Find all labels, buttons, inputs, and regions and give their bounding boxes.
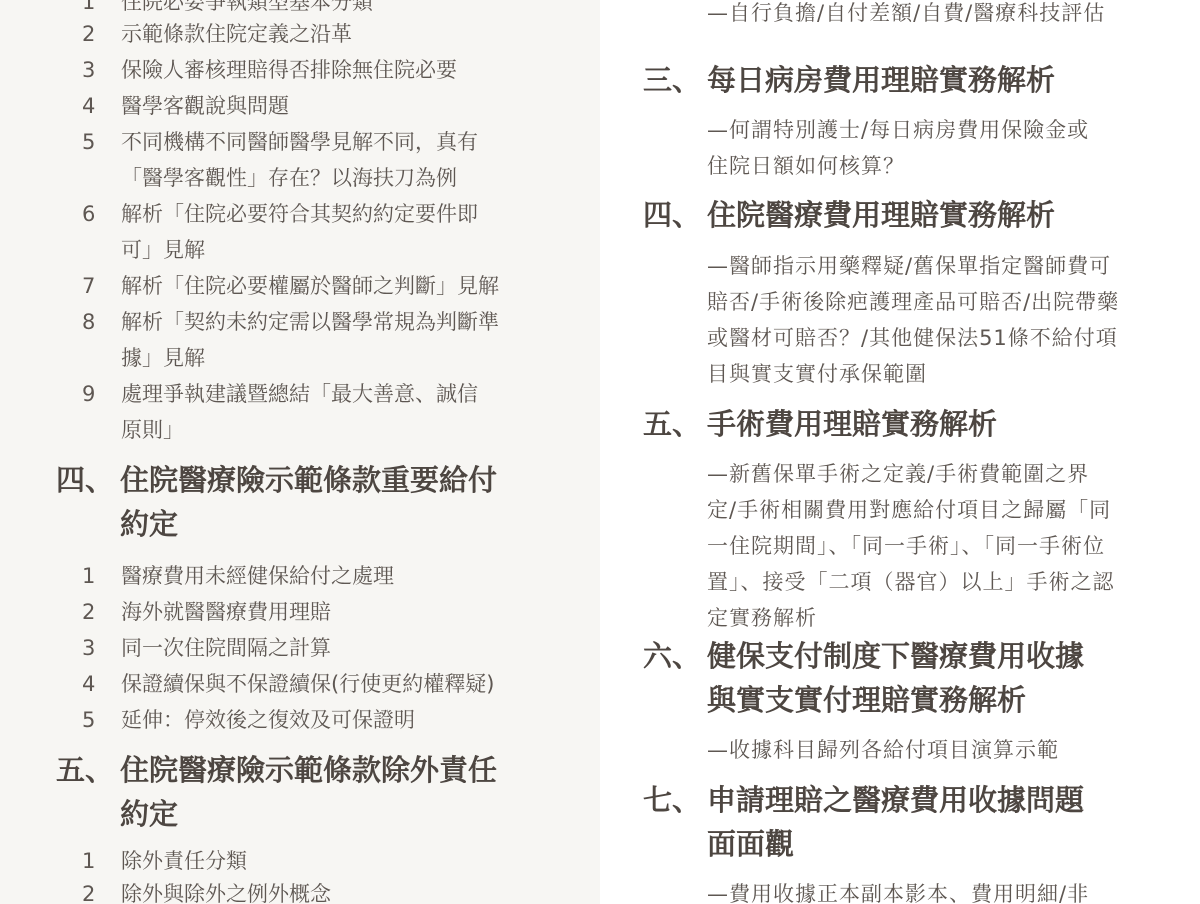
section-description: —費用收據正本副本影本、費用明細/非 <box>707 876 1089 904</box>
section-title: 面面觀 <box>707 822 1084 866</box>
item-text: 解析「契約未約定需以醫學常規為判斷準 <box>121 304 541 340</box>
item-text: 除外責任分類 <box>121 843 541 879</box>
item-text: 同一次住院間隔之計算 <box>121 630 541 666</box>
section-title: 住院醫療險示範條款重要給付 <box>120 458 497 502</box>
item-number: 7 <box>82 268 102 304</box>
item-number: 6 <box>82 196 102 232</box>
section-title: 住院醫療費用理賠實務解析 <box>707 193 1055 237</box>
item-number: 5 <box>82 702 102 738</box>
description-line: —新舊保單手術之定義/手術費範圍之界 <box>707 456 1115 492</box>
description-line: 一住院期間」、「同一手術」、「同一手術位 <box>707 528 1115 564</box>
section-number: 四、 <box>643 193 701 237</box>
section-number: 六、 <box>643 634 701 678</box>
description-line: 住院日額如何核算？ <box>707 148 1089 184</box>
item-text: 解析「住院必要符合其契約約定要件即 <box>121 196 541 232</box>
description-line: 定實務解析 <box>707 600 1115 636</box>
item-number: 8 <box>82 304 102 340</box>
description-line: —醫師指示用藥釋疑/舊保單指定醫師費可 <box>707 248 1119 284</box>
section-description: —醫師指示用藥釋疑/舊保單指定醫師費可 賠否/手術後除疤護理產品可賠否/出院帶藥… <box>707 248 1119 392</box>
section-number: 四、 <box>56 458 114 502</box>
item-text: 醫療費用未經健保給付之處理 <box>121 558 541 594</box>
item-number: 5 <box>82 124 102 160</box>
item-number: 2 <box>82 876 102 904</box>
section-title: 手術費用理賠實務解析 <box>707 402 997 446</box>
section-number: 五、 <box>643 402 701 446</box>
section-title: 住院醫療險示範條款除外責任 <box>120 748 497 792</box>
description-line: 置」、接受「二項（器官）以上」手術之認 <box>707 564 1115 600</box>
item-text: 保險人審核理賠得否排除無住院必要 <box>121 52 541 88</box>
right-column: —自行負擔/自付差額/自費/醫療科技評估 三、 每日病房費用理賠實務解析 —何謂… <box>600 0 1200 904</box>
description-line: 定/手術相關費用對應給付項目之歸屬「同 <box>707 492 1115 528</box>
item-text: 示範條款住院定義之沿革 <box>121 16 541 52</box>
description-line: —費用收據正本副本影本、費用明細/非 <box>707 876 1089 904</box>
section-title: 約定 <box>120 502 497 546</box>
item-text: 醫學客觀說與問題 <box>121 88 541 124</box>
item-number: 3 <box>82 630 102 666</box>
course-outline-page: 1 住院必要爭執類型基本分類 2 示範條款住院定義之沿革 3 保險人審核理賠得否… <box>0 0 1200 904</box>
item-text: 海外就醫醫療費用理賠 <box>121 594 541 630</box>
item-number: 3 <box>82 52 102 88</box>
section-number: 五、 <box>56 748 114 792</box>
item-text: 可」見解 <box>121 232 541 268</box>
section-title: 申請理賠之醫療費用收據問題 <box>707 778 1084 822</box>
item-number: 4 <box>82 88 102 124</box>
item-number: 4 <box>82 666 102 702</box>
description-line: —自行負擔/自付差額/自費/醫療科技評估 <box>707 0 1105 31</box>
item-text: 處理爭執建議暨總結「最大善意、誠信 <box>121 376 541 412</box>
item-text: 「醫學客觀性」存在？以海扶刀為例 <box>121 160 541 196</box>
item-text: 除外與除外之例外概念 <box>121 876 541 904</box>
item-text: 解析「住院必要權屬於醫師之判斷」見解 <box>121 268 541 304</box>
left-column: 1 住院必要爭執類型基本分類 2 示範條款住院定義之沿革 3 保險人審核理賠得否… <box>0 0 600 904</box>
item-number: 1 <box>82 843 102 879</box>
description-line: —何謂特別護士/每日病房費用保險金或 <box>707 112 1089 148</box>
item-text: 延伸：停效後之復效及可保證明 <box>121 702 541 738</box>
description-line: 或醫材可賠否？/其他健保法51條不給付項 <box>707 320 1119 356</box>
section-number: 七、 <box>643 778 701 822</box>
section-description: —何謂特別護士/每日病房費用保險金或 住院日額如何核算？ <box>707 112 1089 184</box>
item-text: 原則」 <box>121 412 541 448</box>
section-title: 健保支付制度下醫療費用收據 <box>707 634 1084 678</box>
item-text: 據」見解 <box>121 340 541 376</box>
item-text: 保證續保與不保證續保(行使更約權釋疑) <box>121 666 541 702</box>
description-line: 賠否/手術後除疤護理產品可賠否/出院帶藥 <box>707 284 1119 320</box>
item-text: 不同機構不同醫師醫學見解不同，真有 <box>121 124 541 160</box>
section-title: 約定 <box>120 792 497 836</box>
section-description: —自行負擔/自付差額/自費/醫療科技評估 <box>707 0 1105 31</box>
section-title: 每日病房費用理賠實務解析 <box>707 58 1055 102</box>
section-description: —新舊保單手術之定義/手術費範圍之界 定/手術相關費用對應給付項目之歸屬「同 一… <box>707 456 1115 636</box>
item-number: 2 <box>82 594 102 630</box>
description-line: —收據科目歸列各給付項目演算示範 <box>707 732 1059 768</box>
section-description: —收據科目歸列各給付項目演算示範 <box>707 732 1059 768</box>
item-number: 2 <box>82 16 102 52</box>
section-number: 三、 <box>643 58 701 102</box>
item-number: 1 <box>82 558 102 594</box>
description-line: 目與實支實付承保範圍 <box>707 356 1119 392</box>
item-number: 9 <box>82 376 102 412</box>
section-title: 與實支實付理賠實務解析 <box>707 678 1084 722</box>
